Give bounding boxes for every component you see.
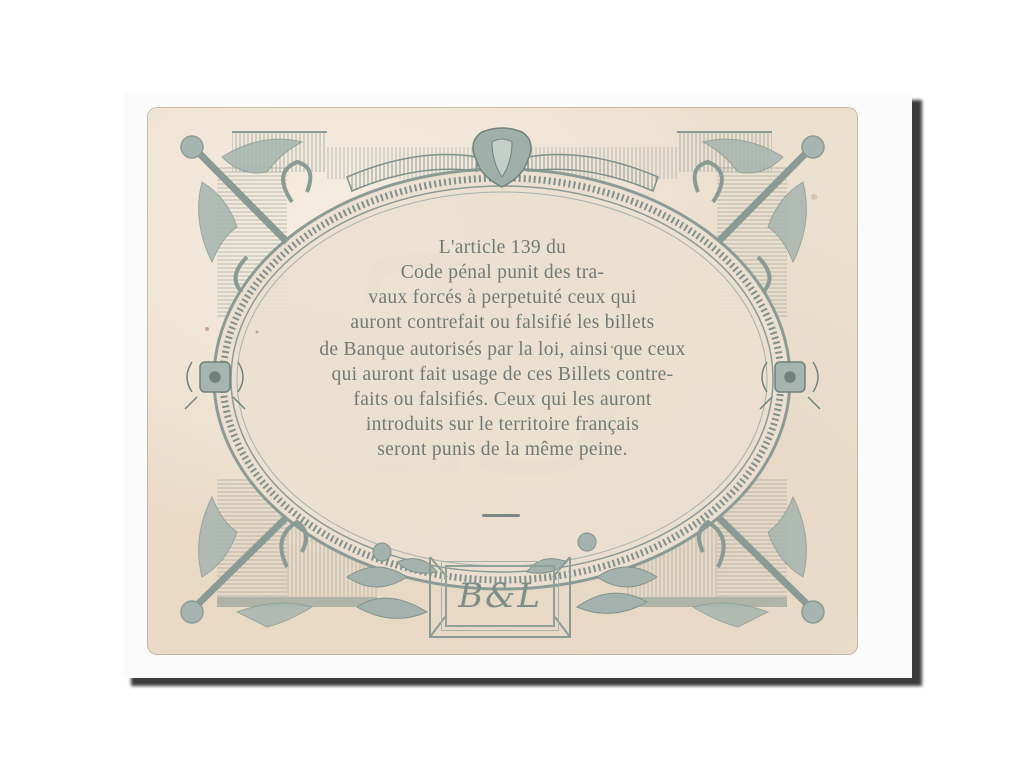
product-photo: 25 xyxy=(0,0,1024,768)
monogram-cartouche: B&L xyxy=(445,565,555,627)
banknote-reverse: 25 xyxy=(147,107,858,655)
